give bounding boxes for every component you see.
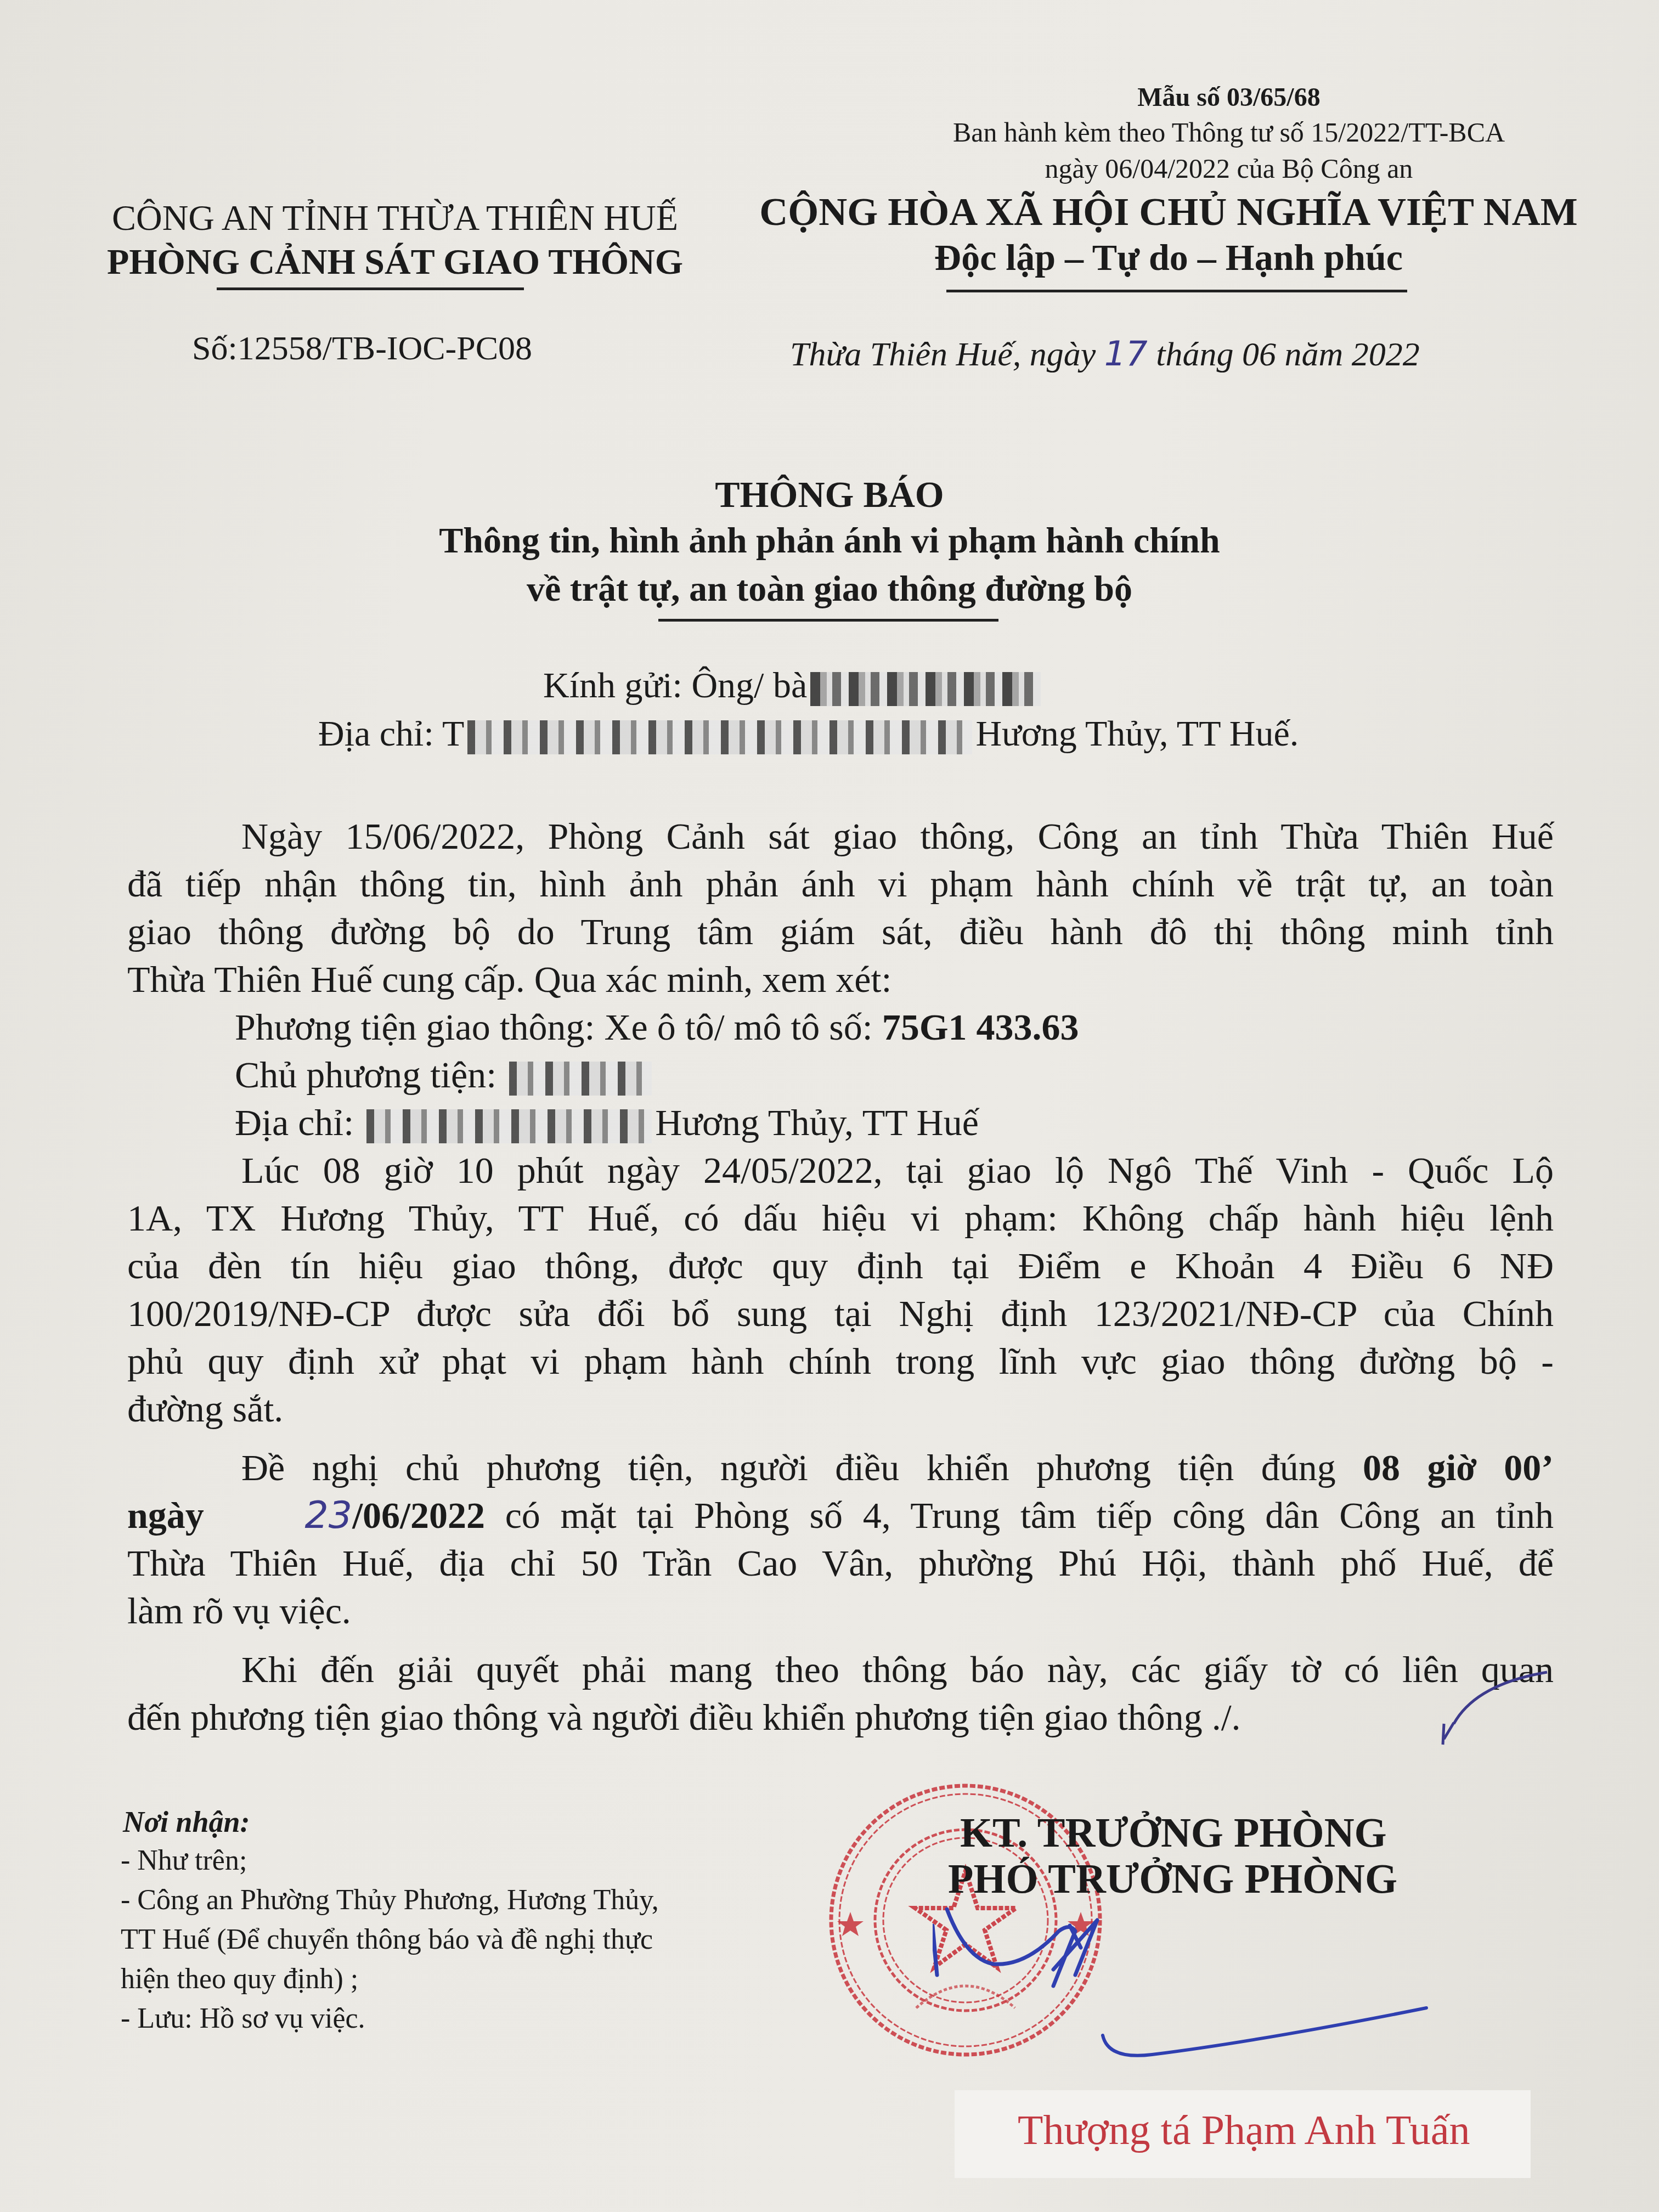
cc-item: - Như trên; [121, 1844, 247, 1877]
form-issued-with: Ban hành kèm theo Thông tư số 15/2022/TT… [889, 116, 1569, 148]
place-date-suffix: tháng 06 năm 2022 [1148, 336, 1420, 373]
agency-department: PHÒNG CẢNH SÁT GIAO THÔNG [71, 241, 719, 283]
place-date: Thừa Thiên Huế, ngày 17 tháng 06 năm 202… [790, 334, 1420, 374]
owner-line: Chủ phương tiện: [235, 1053, 655, 1097]
para2-line: đường sắt. [127, 1387, 1554, 1431]
para3-ngay: ngày [127, 1494, 204, 1536]
appointment-time: 08 giờ 00’ [1363, 1447, 1554, 1488]
para2-line: 100/2019/NĐ-CP được sửa đổi bổ sung tại … [127, 1292, 1554, 1335]
cc-item: hiện theo quy định) ; [121, 1963, 358, 1995]
para2-line: Lúc 08 giờ 10 phút ngày 24/05/2022, tại … [241, 1149, 1554, 1192]
para1-line: Ngày 15/06/2022, Phòng Cảnh sát giao thô… [241, 815, 1554, 858]
signer-name: Thượng tá Phạm Anh Tuấn [1018, 2107, 1470, 2154]
cc-item: - Công an Phường Thủy Phương, Hương Thủy… [121, 1884, 659, 1916]
signature-title-2: PHÓ TRƯỞNG PHÒNG [948, 1855, 1397, 1903]
department-underline [217, 287, 524, 290]
para3-line2: ngày 23/06/2022 có mặt tại Phòng số 4, T… [127, 1494, 1554, 1537]
para1-line: giao thông đường bộ do Trung tâm giám sá… [127, 910, 1554, 953]
national-motto: Độc lập – Tự do – Hạnh phúc [735, 236, 1602, 279]
recipient-line: Kính gửi: Ông/ bà [543, 665, 1044, 707]
para3-line3: Thừa Thiên Huế, địa chỉ 50 Trần Cao Vân,… [127, 1542, 1554, 1585]
para2-line: phủ quy định xử phạt vi phạm hành chính … [127, 1340, 1554, 1383]
handwritten-day: 17 [1104, 334, 1148, 374]
redacted-address [467, 720, 972, 754]
para3-text: có mặt tại Phòng số 4, Trung tâm tiếp cô… [485, 1494, 1554, 1536]
cc-item: TT Huế (Để chuyển thông báo và đề nghị t… [121, 1923, 653, 1956]
owner-address-label: Địa chỉ: [235, 1102, 363, 1143]
redacted-owner [509, 1062, 652, 1096]
vehicle-plate: 75G1 433.63 [882, 1006, 1079, 1048]
para2-line: 1A, TX Hương Thủy, TT Huế, có dấu hiệu v… [127, 1197, 1554, 1240]
address-label: Địa chỉ: T [318, 714, 464, 754]
agency-parent: CÔNG AN TỈNH THỪA THIÊN HUẾ [71, 198, 719, 239]
salutation: Kính gửi: Ông/ bà [543, 665, 807, 706]
title-underline [658, 619, 998, 622]
motto-underline [946, 290, 1407, 292]
para3-line4: làm rõ vụ việc. [127, 1589, 1554, 1633]
appointment-date: /06/2022 [352, 1494, 485, 1536]
place-date-prefix: Thừa Thiên Huế, ngày [790, 336, 1104, 373]
recipient-address: Địa chỉ: THương Thủy, TT Huế. [318, 713, 1299, 755]
handwritten-signature-icon [933, 1898, 1536, 2074]
cc-item: - Lưu: Hồ sơ vụ việc. [121, 2002, 365, 2035]
para4-line: đến phương tiện giao thông và người điều… [127, 1696, 1444, 1739]
cc-title: Nơi nhận: [123, 1805, 250, 1839]
para3-line1: Đề nghị chủ phương tiện, người điều khiể… [241, 1446, 1554, 1489]
para4-line: Khi đến giải quyết phải mang theo thông … [241, 1648, 1554, 1691]
document-subtitle-2: về trật tự, an toàn giao thông đường bộ [0, 568, 1659, 610]
para2-line: của đèn tín hiệu giao thông, được quy đị… [127, 1244, 1554, 1288]
document-title: THÔNG BÁO [0, 473, 1659, 516]
signature-title-1: KT. TRƯỞNG PHÒNG [960, 1809, 1387, 1857]
owner-address-suffix: Hương Thủy, TT Huế [655, 1102, 979, 1143]
country-name: CỘNG HÒA XÃ HỘI CHỦ NGHĨA VIỆT NAM [735, 189, 1602, 235]
address-suffix: Hương Thủy, TT Huế. [975, 714, 1299, 754]
para1-line: đã tiếp nhận thông tin, hình ảnh phản án… [127, 862, 1554, 906]
para1-line: Thừa Thiên Huế cung cấp. Qua xác minh, x… [127, 958, 1554, 1001]
form-number: Mẫu số 03/65/68 [955, 82, 1503, 112]
document-number: Số:12558/TB-IOC-PC08 [192, 329, 532, 368]
vehicle-line: Phương tiện giao thông: Xe ô tô/ mô tô s… [235, 1006, 1079, 1049]
redacted-owner-address [366, 1109, 652, 1143]
document-subtitle-1: Thông tin, hình ảnh phản ánh vi phạm hàn… [0, 520, 1659, 562]
para3-text: Đề nghị chủ phương tiện, người điều khiể… [241, 1447, 1363, 1488]
handwritten-check-icon [1393, 1662, 1558, 1761]
redacted-name [810, 672, 1041, 706]
handwritten-appointment-day: 23 [305, 1494, 353, 1537]
owner-label: Chủ phương tiện: [235, 1054, 506, 1096]
owner-address-line: Địa chỉ: Hương Thủy, TT Huế [235, 1101, 979, 1144]
vehicle-label: Phương tiện giao thông: Xe ô tô/ mô tô s… [235, 1006, 882, 1048]
notice-document: Mẫu số 03/65/68 Ban hành kèm theo Thông … [0, 0, 1659, 2212]
form-issued-date: ngày 06/04/2022 của Bộ Công an [889, 153, 1569, 184]
